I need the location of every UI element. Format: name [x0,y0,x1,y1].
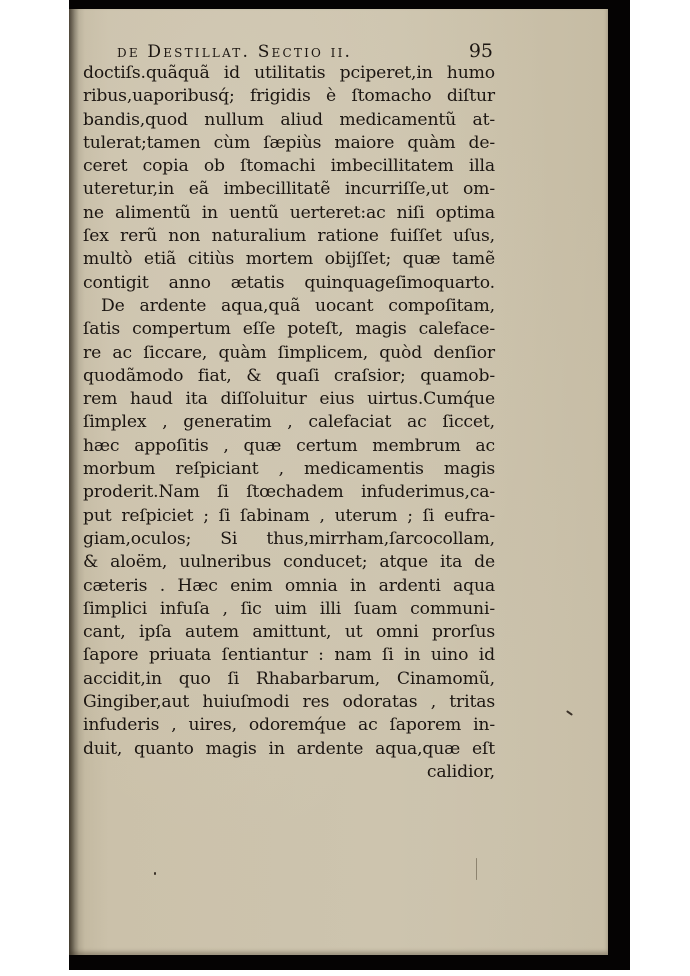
text-line: infuderis , uires, odoremq́ue ac ſaporem… [83,714,495,737]
text-line: quodãmodo fiat, & quaſi craſsior; quamob… [83,365,495,388]
text-line: uteretur,in eã imbecillitatẽ incurriſſe,… [83,178,495,201]
paper-speck [154,872,156,875]
running-head-title: de Destillat. Sectio ii. [117,41,352,64]
text-line: proderit.Nam ſi ſtœchadem infuderimus,ca… [83,481,495,504]
text-line: morbum reſpiciant , medicamentis magis [83,458,495,481]
text-line: bandis,quod nullum aliud medicamentũ at- [83,109,495,132]
text-line: ribus,uaporibusq́; frigidis è ſtomacho d… [83,85,495,108]
text-line: hæc appoſitis , quæ certum membrum ac [83,435,495,458]
text-line: ſimplici infuſa , ſic uim illi ſuam comm… [83,598,495,621]
page-number: 95 [469,40,495,63]
text-line: ne alimentũ in uentũ uerteret:ac niſi op… [83,202,495,225]
page-gutter-shadow [69,9,79,955]
paper-speck [476,858,477,880]
text-line: ceret copia ob ſtomachi imbecillitatem i… [83,155,495,178]
page-text: de Destillat. Sectio ii. 95 doctiſs.quãq… [83,40,495,784]
text-line: multò etiã citiùs mortem obijſſet; quæ t… [83,248,495,271]
text-line: Gingiber,aut huiuſmodi res odoratas , tr… [83,691,495,714]
text-line: giam,oculos; Si thus,mirrham,ſarcocollam… [83,528,495,551]
running-head: de Destillat. Sectio ii. 95 [83,40,495,63]
text-line: cæteris . Hæc enim omnia in ardenti aqua [83,575,495,598]
text-line: rem haud ita diſſoluitur eius uirtus.Cum… [83,388,495,411]
text-line: accidit,in quo ſi Rhabarbarum, Cinamomũ, [83,668,495,691]
text-line: put reſpiciet ; ſi ſabinam , uterum ; ſi… [83,505,495,528]
text-line: ſimplex , generatim , calefaciat ac ſicc… [83,411,495,434]
paragraph-first-line: De ardente aqua,quã uocant compoſitam, [83,295,495,318]
text-line: ſatis compertum eſſe poteſt, magis calef… [83,318,495,341]
text-line: contigit anno ætatis quinquageſimoquarto… [83,272,495,295]
text-line: cant, ipſa autem amittunt, ut omni prorſ… [83,621,495,644]
text-line: & aloëm, uulneribus conducet; atque ita … [83,551,495,574]
text-line: tulerat;tamen cùm ſæpiùs maiore quàm de- [83,132,495,155]
text-line: ſex rerũ non naturalium ratione fuiſſet … [83,225,495,248]
text-line: doctiſs.quãquã id utilitatis pciperet,in… [83,62,495,85]
catchword: calidior, [83,761,495,784]
text-line: re ac ſiccare, quàm ſimplicem, quòd denſ… [83,342,495,365]
text-line: ſapore priuata ſentiantur : nam ſi in ui… [83,644,495,667]
text-line: duit, quanto magis in ardente aqua,quæ e… [83,738,495,761]
